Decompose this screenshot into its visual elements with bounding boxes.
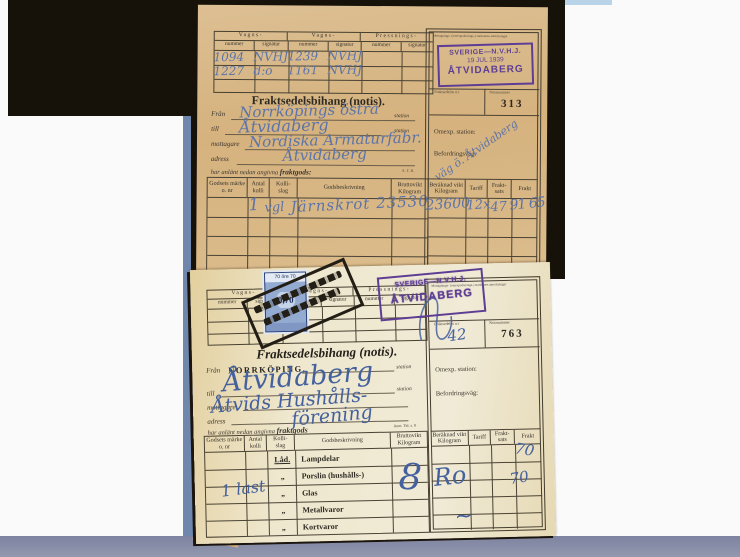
omexp-label: Omexp. station: xyxy=(434,128,476,135)
handwriting-squiggle: ~ xyxy=(454,505,474,529)
goods-row-slag: „ xyxy=(271,523,297,533)
goods-header: Bruttovikt Kilogram xyxy=(391,432,427,448)
handwriting-value: 1227 xyxy=(213,65,253,77)
handwriting-antal: 1 xyxy=(248,197,260,215)
goods-table-headers: Godsets märke o. nr Antal kolli Kolli- s… xyxy=(205,432,427,453)
handwriting-wagon-row: 1227 d:o 1161 NVHJ xyxy=(213,64,363,78)
goods-header: Godsets märke o. nr xyxy=(205,436,245,452)
wagon-group-1: Vagns- xyxy=(215,32,288,41)
handwriting-value: NVHJ xyxy=(328,50,361,62)
field-label-fran: Från xyxy=(211,110,225,118)
goods-header: Antal kolli xyxy=(245,435,267,450)
datestamp-atvidaberg: SVERIGE—N.V.H.J. 19 JUL 1939 ÅTVIDABERG xyxy=(437,42,534,87)
field-label-station: station xyxy=(397,386,412,392)
grid-line xyxy=(355,306,357,342)
handwriting-value: 1161 xyxy=(287,64,327,76)
goods-header: Frakt- sats xyxy=(491,430,515,445)
grid-line xyxy=(491,445,494,529)
grid-line xyxy=(214,79,432,82)
handwriting-frakt: 70 xyxy=(509,469,530,487)
handwriting-beraknad-vikt: Ro xyxy=(432,463,467,490)
goods-header: Tariff xyxy=(469,430,491,444)
goods-row-slag: „ xyxy=(270,506,296,516)
handwriting-value: NVHJ xyxy=(254,50,288,62)
goods-row-slag: „ xyxy=(270,472,296,482)
nota-value: 763 xyxy=(487,327,537,340)
nota-label: Notanummer xyxy=(489,321,510,325)
anlant-prefix: har anlänt nedan angivna xyxy=(211,169,278,176)
form-note-right: Anm. Tid. s. 8 xyxy=(393,424,415,428)
grid-line xyxy=(401,52,402,94)
anlant-text: har anlänt nedan angivna fraktgods: xyxy=(211,167,312,177)
wagon-sub-nummer: nummer xyxy=(362,42,402,51)
grid-line xyxy=(484,89,485,115)
grid-line xyxy=(206,499,428,505)
grid-line xyxy=(208,329,426,335)
wagon-group-3: Pressnings- xyxy=(360,33,432,42)
field-line xyxy=(237,164,415,166)
field-label-adress: adress xyxy=(207,417,225,425)
nota-value: 313 xyxy=(487,98,537,110)
field-label-adress: adress xyxy=(211,155,229,163)
goods-header: Godsbeskrivning xyxy=(295,433,391,450)
grid-line xyxy=(207,236,427,239)
handwriting-value: d:o xyxy=(253,64,287,76)
goods-header: Kolli- slag xyxy=(267,435,295,451)
goods-header: Frakt- sats xyxy=(488,180,512,198)
field-label-station: station xyxy=(394,113,409,119)
wagon-sub-nummer: nummer xyxy=(215,41,255,50)
grid-line xyxy=(432,495,542,498)
panel-caption: Mottagnings- (omexpedierings-) stationen… xyxy=(433,34,508,38)
photo-of-freight-documents: Vagns- Vagns- Pressnings- nummer signatu… xyxy=(0,0,740,557)
goods-row-desc: Lampdelar xyxy=(301,454,339,464)
goods-row-desc: Metallvaror xyxy=(302,505,343,515)
grid-line xyxy=(433,512,543,515)
goods-header: Godsets märke o. nr xyxy=(208,178,248,197)
goods-header: Kolli- slag xyxy=(270,178,298,197)
goods-row-desc: Porslin (hushålls-) xyxy=(302,470,365,480)
datestamp-line3: ÅTVIDABERG xyxy=(440,64,532,78)
handwriting-tariff: 12x xyxy=(466,198,491,212)
goods-row-desc: Glas xyxy=(302,488,318,497)
handwriting-frakt: 91 65 xyxy=(509,195,545,212)
handwriting-value: 1094 xyxy=(214,51,254,63)
handwriting-value: NVHJ xyxy=(327,64,360,76)
handwriting-kollislag: vgl xyxy=(264,201,285,215)
document-bottom-fraktsedelsbihang: Vagns- Vagns- Pressnings- nummer signatu… xyxy=(190,262,556,544)
handwriting-adress-value: Åtvidaberg xyxy=(283,147,367,164)
grid-line xyxy=(427,236,537,238)
grid-line xyxy=(484,319,486,347)
befordr-label: Befordringsväg: xyxy=(436,390,478,398)
handwriting-value: 1239 xyxy=(288,50,328,62)
goods-row-slag: „ xyxy=(270,489,296,499)
document-top-fraktsedelsbihang: Vagns- Vagns- Pressnings- nummer signatu… xyxy=(196,5,548,279)
album-page-black xyxy=(8,0,193,116)
omexp-label: Omexp. station: xyxy=(435,366,477,374)
datestamp-line3: ÅTVIDABERG xyxy=(380,286,483,307)
grid-line xyxy=(205,465,427,471)
goods-header: Beräknad vikt Kilogram xyxy=(431,431,469,446)
form-note-right: A. T. B. xyxy=(402,169,414,173)
goods-row-slag: Låd. xyxy=(269,455,295,465)
handwriting-bruttovikt: 8 xyxy=(398,460,423,497)
goods-table-left: Godsets märke o. nr Antal kolli Kolli- s… xyxy=(206,177,429,275)
goods-table-right: Beräknad vikt Kilogram Tariff Frakt- sat… xyxy=(431,428,543,530)
grid-line xyxy=(207,255,427,258)
wagon-group-2: Vagns- xyxy=(288,32,360,41)
field-label-fran: Från xyxy=(206,366,220,374)
handwriting-wagon-row: 1094 NVHJ 1239 NVHJ xyxy=(214,50,364,64)
grid-line xyxy=(207,217,427,220)
nota-label: Notanummer xyxy=(489,91,510,95)
grid-line xyxy=(207,516,429,522)
anlant-fraktgods: fraktgods: xyxy=(280,167,312,176)
handwriting-frakt: 70 xyxy=(514,441,535,459)
handwriting-fraktsats: 47 xyxy=(490,200,507,214)
fraktsedel-label: Fraktsedelns n:r xyxy=(434,90,459,94)
field-label-till: till xyxy=(211,125,219,133)
field-label-station: station xyxy=(396,364,411,370)
field-label-mottagare: mottagare xyxy=(211,140,240,148)
handwriting-beraknad-vikt: 23600 xyxy=(425,196,470,213)
grid-line xyxy=(391,449,394,533)
grid-line xyxy=(427,255,537,257)
goods-row-desc: Kortvaror xyxy=(303,522,339,532)
goods-table-right: Beräknad vikt Kilogram Tariff Frakt- sat… xyxy=(427,178,538,273)
grid-line xyxy=(427,217,537,219)
